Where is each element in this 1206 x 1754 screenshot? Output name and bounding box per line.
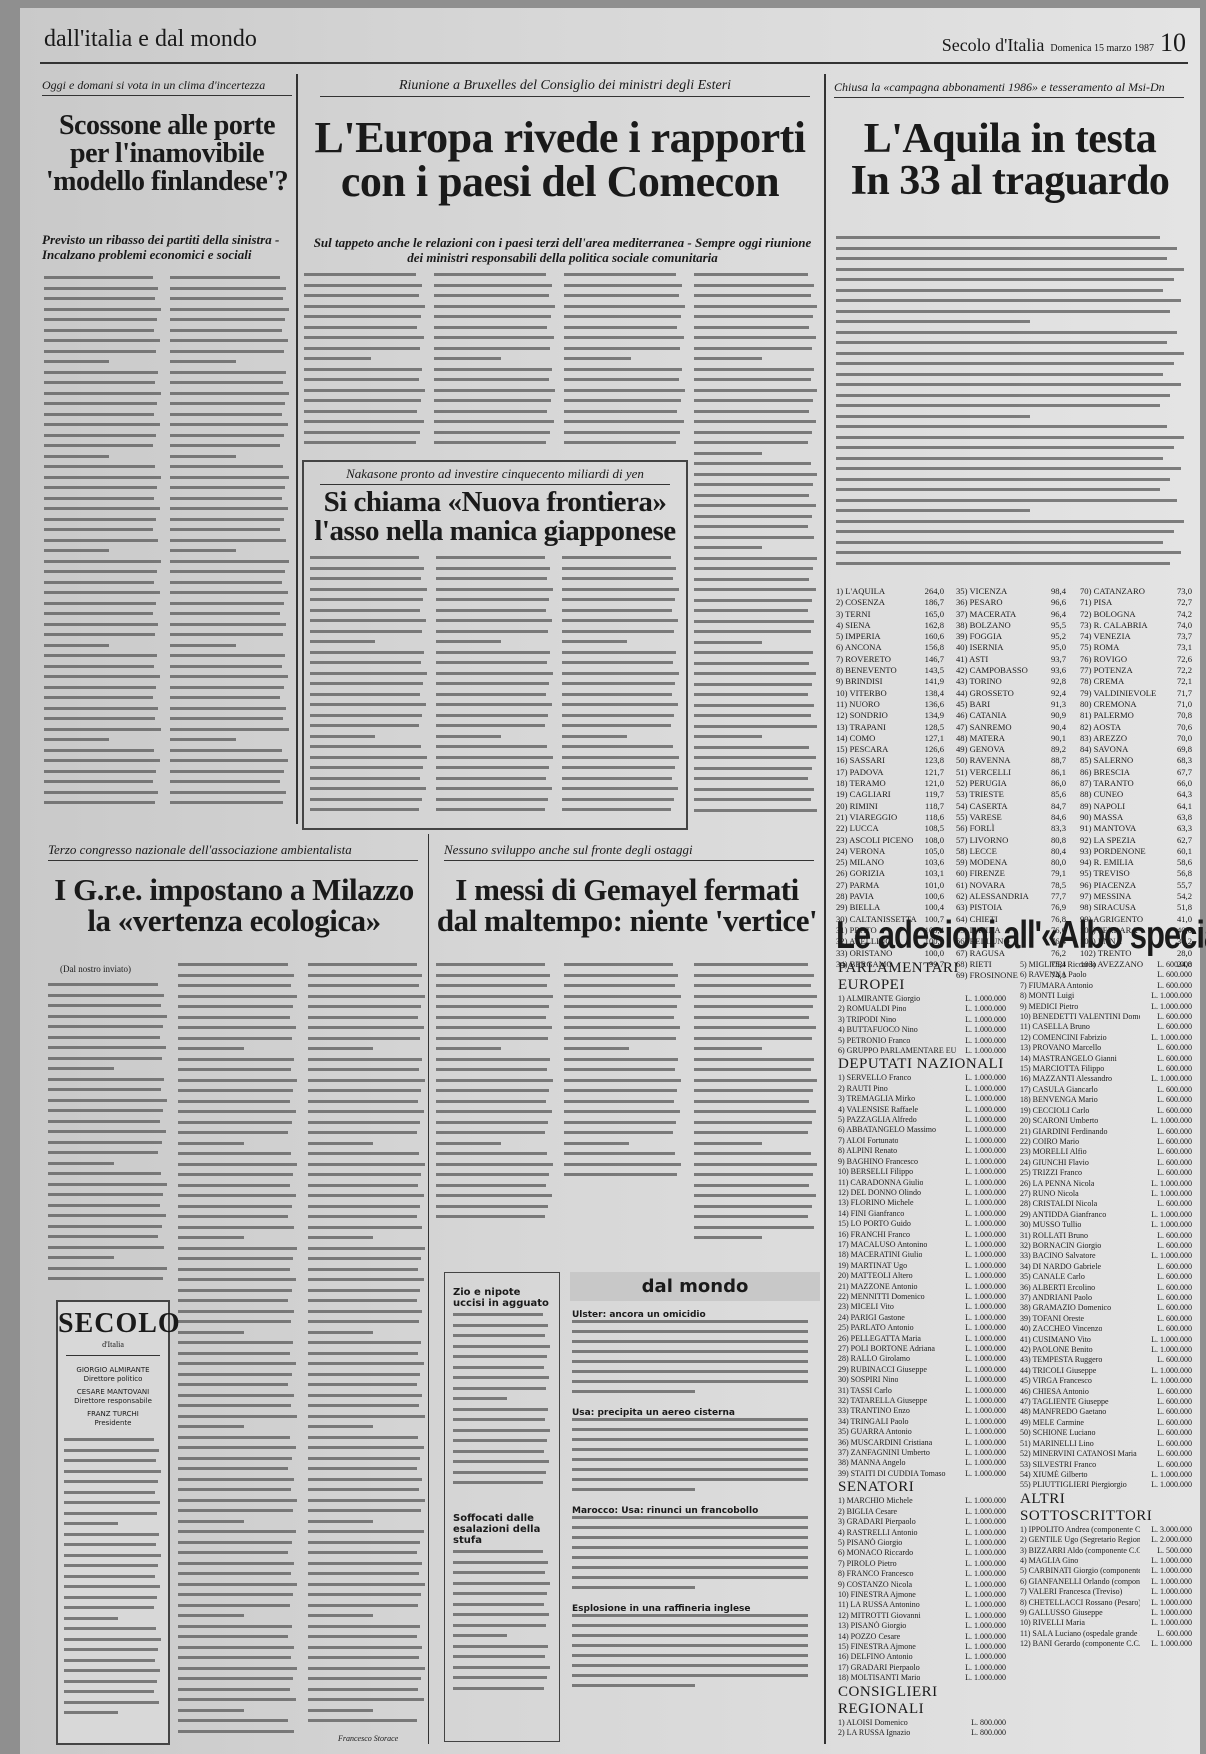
text-line xyxy=(564,431,680,434)
donor-name: 21) GIARDINI Ferdinando xyxy=(1020,1127,1108,1137)
text-line xyxy=(64,1596,157,1599)
text-line xyxy=(178,1614,244,1617)
text-line xyxy=(694,1163,817,1166)
city: 59) MODENA xyxy=(956,857,1007,868)
briefs-box: Zio e nipote uccisi in agguato Soffocati… xyxy=(444,1272,560,1742)
donor-amount: L. 1.000.000 xyxy=(965,1344,1006,1354)
text-line xyxy=(694,525,808,528)
donor-amount: L. 1.000.000 xyxy=(965,1084,1006,1094)
text-line xyxy=(572,1478,808,1481)
text-line xyxy=(308,1593,421,1596)
donor-amount: L. 1.000.000 xyxy=(965,1396,1006,1406)
donor-row: 50) SCHIONE LucianoL. 600.000 xyxy=(1020,1428,1192,1438)
text-line xyxy=(564,1110,680,1113)
donor-row: 47) TAGLIENTE GiuseppeL. 600.000 xyxy=(1020,1397,1192,1407)
percentage: 80,4 xyxy=(1051,846,1066,857)
donor-name: 2) BIGLIA Cesare xyxy=(838,1507,897,1517)
city: 20) RIMINI xyxy=(836,801,878,812)
text-line xyxy=(170,339,288,342)
text-line xyxy=(308,1404,419,1407)
text-line xyxy=(308,1268,418,1271)
text-line xyxy=(434,357,501,360)
donor-name: 1) ALOISI Domenico xyxy=(838,1718,908,1728)
text-line xyxy=(178,1215,288,1218)
donor-name: 5) PAZZAGLIA Alfredo xyxy=(838,1115,917,1125)
donor-row: 5) MIGLIORI RiccardoL. 600.000 xyxy=(1020,960,1192,970)
brief-body xyxy=(453,1550,551,1700)
body-milazzo-col3 xyxy=(308,963,426,1733)
text-line xyxy=(308,1478,422,1481)
text-line xyxy=(564,368,682,371)
donor-amount: L. 1.000.000 xyxy=(965,1198,1006,1208)
text-line xyxy=(694,974,814,977)
text-line xyxy=(564,284,682,287)
albo-section-heading: CONSIGLIERI REGIONALI xyxy=(838,1684,1006,1718)
text-line xyxy=(44,360,109,363)
ranking-row: 95) TREVISO56,8 xyxy=(1080,868,1192,879)
text-line xyxy=(436,588,553,591)
percentage: 84,6 xyxy=(1051,812,1066,823)
donor-amount: L. 800.000 xyxy=(971,1718,1006,1728)
donor-row: 17) CASULA GiancarloL. 600.000 xyxy=(1020,1085,1192,1095)
city: 18) TERAMO xyxy=(836,778,886,789)
donor-amount: L. 600.000 xyxy=(1157,1064,1192,1074)
donor-name: 37) ANDRIANI Paolo xyxy=(1020,1293,1092,1303)
text-line xyxy=(170,308,289,311)
text-line xyxy=(44,329,154,332)
text-line xyxy=(564,974,678,977)
text-line xyxy=(694,725,817,728)
donor-amount: L. 600.000 xyxy=(1157,1418,1192,1428)
text-line xyxy=(564,1131,673,1134)
text-line xyxy=(694,630,811,633)
text-line xyxy=(170,633,283,636)
donor-name: 48) MANFREDO Gaetano xyxy=(1020,1407,1106,1417)
city: 5) IMPERIA xyxy=(836,631,881,642)
percentage: 72,7 xyxy=(1177,597,1192,608)
percentage: 105,0 xyxy=(925,846,944,857)
text-line xyxy=(564,1005,677,1008)
donor-name: 39) TOFANI Oreste xyxy=(1020,1314,1084,1324)
text-line xyxy=(572,1448,808,1451)
text-line xyxy=(44,707,158,710)
text-line xyxy=(304,399,421,402)
donor-name: 4) MAGLIA Gino xyxy=(1020,1556,1078,1566)
donor-row: 21) GIARDINI FerdinandoL. 600.000 xyxy=(1020,1127,1192,1137)
city: 35) VICENZA xyxy=(956,586,1007,597)
donor-name: 25) PARLATO Antonio xyxy=(838,1323,914,1333)
donor-amount: L. 1.000.000 xyxy=(965,1230,1006,1240)
donor-name: 23) MICELI Vito xyxy=(838,1302,894,1312)
text-line xyxy=(170,675,288,678)
text-line xyxy=(694,995,817,998)
text-line xyxy=(44,423,160,426)
donor-name: 30) SOSPIRI Nino xyxy=(838,1375,898,1385)
donor-amount: L. 1.000.000 xyxy=(1151,1577,1192,1587)
donor-name: 22) COIRO Mario xyxy=(1020,1137,1079,1147)
donor-name: 2) ROMUALDI Pino xyxy=(838,1004,906,1014)
text-line xyxy=(836,352,1184,355)
donor-amount: L. 600.000 xyxy=(1157,1054,1192,1064)
text-line xyxy=(64,1522,118,1525)
text-line xyxy=(64,1533,159,1536)
donor-row: 1) ALOISI DomenicoL. 800.000 xyxy=(838,1718,1006,1728)
city: 55) VARESE xyxy=(956,812,1002,823)
donor-row: 5) PAZZAGLIA AlfredoL. 1.000.000 xyxy=(838,1115,1006,1125)
headline-line: 'modello finlandese'? xyxy=(38,168,296,196)
percentage: 96,4 xyxy=(1051,609,1066,620)
donor-row: 12) BANI Gerardo (componente C.C.)L. 1.0… xyxy=(1020,1639,1192,1649)
text-line xyxy=(170,759,288,762)
ranking-row: 70) CATANZARO73,0 xyxy=(1080,586,1192,597)
ranking-row: 72) BOLOGNA74,2 xyxy=(1080,609,1192,620)
text-line xyxy=(694,746,809,749)
text-line xyxy=(564,336,684,339)
text-line xyxy=(436,577,547,580)
donor-name: 3) BIZZARRI Aldo (componente C.C.) xyxy=(1020,1546,1140,1556)
donor-row: 33) TRANTINO EnzoL. 1.000.000 xyxy=(838,1406,1006,1416)
donor-amount: L. 600.000 xyxy=(1157,1095,1192,1105)
donor-row: 55) PLIUTTIGLIERI PiergiorgioL. 1.000.00… xyxy=(1020,1480,1192,1490)
text-line xyxy=(436,756,553,759)
text-line xyxy=(178,1341,293,1344)
text-line xyxy=(178,1184,290,1187)
text-line xyxy=(308,1520,373,1523)
percentage: 73,0 xyxy=(1177,586,1192,597)
text-line xyxy=(170,539,286,542)
text-line xyxy=(564,984,675,987)
donor-row: 30) SOSPIRI NinoL. 1.000.000 xyxy=(838,1375,1006,1385)
text-line xyxy=(178,1625,292,1628)
ranking-row: 80) CREMONA71,0 xyxy=(1080,699,1192,710)
text-line xyxy=(436,1089,549,1092)
text-line xyxy=(694,410,809,413)
text-line xyxy=(694,788,814,791)
text-line xyxy=(178,1688,290,1691)
text-line xyxy=(564,420,684,423)
text-line xyxy=(562,598,675,601)
donor-name: 29) RUBINACCI Giuseppe xyxy=(838,1365,927,1375)
city: 11) NUORO xyxy=(836,699,880,710)
text-line xyxy=(64,1449,159,1452)
text-line xyxy=(310,693,420,696)
percentage: 165,0 xyxy=(925,609,944,620)
text-line xyxy=(178,1068,291,1071)
text-line xyxy=(564,1026,680,1029)
donor-amount: L. 1.000.000 xyxy=(965,1448,1006,1458)
text-line xyxy=(170,549,236,552)
text-line xyxy=(178,1247,297,1250)
donor-amount: L. 1.000.000 xyxy=(965,1611,1006,1621)
body-europe-col3 xyxy=(564,273,686,458)
text-line xyxy=(310,577,421,580)
donor-amount: L. 600.000 xyxy=(1157,981,1192,991)
headline-aquila: L'Aquila in testa In 33 al traguardo xyxy=(830,118,1190,202)
text-line xyxy=(44,581,154,584)
donor-amount: L. 1.000.000 xyxy=(965,1469,1006,1479)
city: 80) CREMONA xyxy=(1080,699,1137,710)
text-line xyxy=(436,682,549,685)
text-line xyxy=(572,1468,808,1471)
text-line xyxy=(310,661,421,664)
text-line xyxy=(453,1460,549,1463)
donor-row: 6) ABBATANGELO MassimoL. 1.000.000 xyxy=(838,1125,1006,1135)
donor-name: 11) CARADONNA Giulio xyxy=(838,1178,923,1188)
percentage: 72,6 xyxy=(1177,654,1192,665)
text-line xyxy=(44,696,153,699)
city: 47) SANREMO xyxy=(956,722,1012,733)
donor-amount: L. 800.000 xyxy=(971,1728,1006,1738)
text-line xyxy=(178,1572,291,1575)
text-line xyxy=(836,236,1160,239)
city: 60) FIRENZE xyxy=(956,868,1005,879)
text-line xyxy=(170,402,285,405)
text-line xyxy=(694,704,814,707)
text-line xyxy=(64,1680,157,1683)
city: 76) ROVIGO xyxy=(1080,654,1127,665)
percentage: 160,6 xyxy=(925,631,944,642)
donor-row: 26) PELLEGATTA MariaL. 1.000.000 xyxy=(838,1334,1006,1344)
text-line xyxy=(170,738,236,741)
text-line xyxy=(170,497,282,500)
percentage: 123,8 xyxy=(925,755,944,766)
body-gemayel-col1 xyxy=(436,963,554,1228)
text-line xyxy=(170,644,236,647)
donor-amount: L. 1.000.000 xyxy=(965,1438,1006,1448)
text-line xyxy=(178,1005,293,1008)
donor-name: 5) MIGLIORI Riccardo xyxy=(1020,960,1096,970)
donor-row: 24) PARIGI GastoneL. 1.000.000 xyxy=(838,1313,1006,1323)
text-line xyxy=(308,1257,421,1260)
donor-row: 9) MEDICI PietroL. 1.000.000 xyxy=(1020,1002,1192,1012)
text-line xyxy=(310,808,419,811)
text-line xyxy=(308,1583,425,1586)
text-line xyxy=(310,567,424,570)
text-line xyxy=(436,777,546,780)
text-line xyxy=(562,724,671,727)
text-line xyxy=(436,1005,549,1008)
text-line xyxy=(44,791,158,794)
percentage: 101,0 xyxy=(925,880,944,891)
text-line xyxy=(178,1509,293,1512)
text-line xyxy=(44,665,154,668)
text-line xyxy=(170,591,288,594)
staff-list: GIORGIO ALMIRANTE Direttore politico CES… xyxy=(58,1366,168,1428)
text-line xyxy=(562,703,678,706)
text-line xyxy=(694,714,811,717)
donor-amount: L. 1.000.000 xyxy=(965,1015,1006,1025)
text-line xyxy=(308,1604,418,1607)
percentage: 70,8 xyxy=(1177,710,1192,721)
text-line xyxy=(694,347,812,350)
donor-amount: L. 1.000.000 xyxy=(965,1548,1006,1558)
text-line xyxy=(178,1121,292,1124)
text-line xyxy=(694,693,808,696)
donor-name: 16) FRANCHI Franco xyxy=(838,1230,910,1240)
headline-line: L'Europa rivede i rapporti xyxy=(300,116,820,160)
donor-amount: L. 1.000.000 xyxy=(1151,1033,1192,1043)
secolo-logo: SECOLO xyxy=(58,1308,168,1340)
donor-row: 36) MUSCARDINI CristianaL. 1.000.000 xyxy=(838,1438,1006,1448)
ranking-row: 54) CASERTA84,7 xyxy=(956,801,1066,812)
city: 54) CASERTA xyxy=(956,801,1008,812)
donor-amount: L. 1.000.000 xyxy=(965,1375,1006,1385)
donor-amount: L. 1.000.000 xyxy=(965,1073,1006,1083)
text-line xyxy=(308,1373,420,1376)
city: 10) VITERBO xyxy=(836,688,887,699)
text-line xyxy=(64,1470,161,1473)
ranking-row: 93) PORDENONE60,1 xyxy=(1080,846,1192,857)
text-line xyxy=(562,661,673,664)
donor-amount: L. 1.000.000 xyxy=(965,1334,1006,1344)
text-line xyxy=(434,399,551,402)
impressum-text xyxy=(64,1438,162,1728)
text-line xyxy=(562,640,627,643)
donor-amount: L. 1.000.000 xyxy=(965,1282,1006,1292)
donor-amount: L. 1.000.000 xyxy=(965,1105,1006,1115)
percentage: 63,8 xyxy=(1177,812,1192,823)
text-line xyxy=(178,1163,297,1166)
donor-row: 3) GRADARI PierpaoloL. 1.000.000 xyxy=(838,1517,1006,1527)
ranking-row: 90) MASSA63,8 xyxy=(1080,812,1192,823)
masthead-right: Secolo d'Italia Domenica 15 marzo 1987 1… xyxy=(942,28,1186,58)
body-gemayel-col2 xyxy=(564,963,682,1188)
text-line xyxy=(310,714,422,717)
staff-name: GIORGIO ALMIRANTE xyxy=(58,1366,168,1375)
ranking-row: 60) FIRENZE79,1 xyxy=(956,868,1066,879)
text-line xyxy=(310,619,426,622)
text-line xyxy=(453,1624,546,1627)
donor-row: 1) SERVELLO FrancoL. 1.000.000 xyxy=(838,1073,1006,1083)
ranking-row: 49) GENOVA89,2 xyxy=(956,744,1066,755)
ranking-row: 84) SAVONA69,8 xyxy=(1080,744,1192,755)
donor-name: 3) GRADARI Pierpaolo xyxy=(838,1517,916,1527)
text-line xyxy=(564,1100,674,1103)
city: 46) CATANIA xyxy=(956,710,1007,721)
donor-row: 54) XIUMÉ GilbertoL. 1.000.000 xyxy=(1020,1470,1192,1480)
text-line xyxy=(564,441,676,444)
donor-name: 12) BANI Gerardo (componente C.C.) xyxy=(1020,1639,1140,1649)
text-line xyxy=(44,591,160,594)
text-line xyxy=(48,994,164,997)
donor-name: 53) SILVESTRI Franco xyxy=(1020,1460,1096,1470)
text-line xyxy=(44,759,160,762)
donor-amount: L. 1.000.000 xyxy=(965,1386,1006,1396)
donor-name: 19) CECCIOLI Carlo xyxy=(1020,1106,1089,1116)
percentage: 73,1 xyxy=(1177,642,1192,653)
text-line xyxy=(308,1005,421,1008)
percentage: 72,2 xyxy=(1177,665,1192,676)
city: 29) BIELLA xyxy=(836,902,880,913)
ranking-row: 42) CAMPOBASSO93,6 xyxy=(956,665,1066,676)
donor-amount: L. 1.000.000 xyxy=(965,1517,1006,1527)
donor-amount: L. 500.000 xyxy=(1157,1546,1192,1556)
city: 89) NAPOLI xyxy=(1080,801,1125,812)
city: 23) ASCOLI PICENO xyxy=(836,835,913,846)
text-line xyxy=(178,1173,293,1176)
text-line xyxy=(64,1480,158,1483)
text-line xyxy=(44,560,161,563)
ranking-row: 53) TRIESTE85,6 xyxy=(956,789,1066,800)
text-line xyxy=(178,1730,294,1733)
text-line xyxy=(836,436,1184,439)
text-line xyxy=(178,1656,291,1659)
text-line xyxy=(178,995,297,998)
text-line xyxy=(178,1541,292,1544)
text-line xyxy=(564,1068,675,1071)
ranking-row: 73) R. CALABRIA74,0 xyxy=(1080,620,1192,631)
text-line xyxy=(836,320,1030,323)
city: 93) PORDENONE xyxy=(1080,846,1146,857)
city: 53) TRIESTE xyxy=(956,789,1004,800)
ranking-row: 97) MESSINA54,2 xyxy=(1080,891,1192,902)
text-line xyxy=(170,749,282,752)
donor-row: 44) TRICOLI GiuseppeL. 1.000.000 xyxy=(1020,1366,1192,1376)
text-line xyxy=(310,672,427,675)
staff-name: FRANZ TURCHI xyxy=(58,1410,168,1419)
text-line xyxy=(694,756,816,759)
text-line xyxy=(310,777,420,780)
text-line xyxy=(436,714,548,717)
donor-row: 18) MACERATINI GiulioL. 1.000.000 xyxy=(838,1250,1006,1260)
text-line xyxy=(453,1408,548,1411)
city: 63) PISTOIA xyxy=(956,902,1002,913)
text-line xyxy=(562,619,678,622)
text-line xyxy=(436,567,550,570)
city: 1) L'AQUILA xyxy=(836,586,885,597)
percentage: 90,4 xyxy=(1051,722,1066,733)
donor-row: 7) FIUMARA AntonioL. 600.000 xyxy=(1020,981,1192,991)
text-line xyxy=(836,257,1167,260)
text-line xyxy=(44,654,157,657)
donor-row: 10) RIVELLI MariaL. 1.000.000 xyxy=(1020,1618,1192,1628)
donor-row: 17) MACALUSO AntoninoL. 1.000.000 xyxy=(838,1240,1006,1250)
text-line xyxy=(44,444,153,447)
headline-japan: Si chiama «Nuova frontiera» l'asso nella… xyxy=(306,488,684,546)
text-line xyxy=(308,1331,373,1334)
donor-name: 6) RAVENNA Paolo xyxy=(1020,970,1087,980)
text-line xyxy=(564,389,685,392)
text-line xyxy=(64,1585,160,1588)
city: 38) BOLZANO xyxy=(956,620,1011,631)
donor-amount: L. 600.000 xyxy=(1157,1127,1192,1137)
city: 2) COSENZA xyxy=(836,597,885,608)
text-line xyxy=(453,1687,544,1690)
text-line xyxy=(44,749,154,752)
issue-date: Domenica 15 marzo 1987 xyxy=(1050,43,1154,54)
headline-line: la «vertenza ecologica» xyxy=(40,905,428,936)
text-line xyxy=(170,717,283,720)
text-line xyxy=(170,696,280,699)
text-line xyxy=(564,326,677,329)
text-line xyxy=(572,1614,808,1617)
text-line xyxy=(694,599,812,602)
donor-row: 8) MONTI LuigiL. 1.000.000 xyxy=(1020,991,1192,1001)
text-line xyxy=(178,1415,297,1418)
text-line xyxy=(564,1047,629,1050)
donor-name: 32) TATARELLA Giuseppe xyxy=(838,1396,927,1406)
text-line xyxy=(64,1711,118,1714)
text-line xyxy=(436,1194,552,1197)
donor-name: 41) CUSIMANO Vito xyxy=(1020,1335,1091,1345)
text-line xyxy=(562,766,675,769)
text-line xyxy=(308,1152,419,1155)
donor-row: 2) ROMUALDI PinoL. 1.000.000 xyxy=(838,1004,1006,1014)
donor-row: 45) VIRGA FrancescoL. 1.000.000 xyxy=(1020,1376,1192,1386)
text-line xyxy=(48,1004,161,1007)
text-line xyxy=(304,378,419,381)
text-line xyxy=(304,294,419,297)
